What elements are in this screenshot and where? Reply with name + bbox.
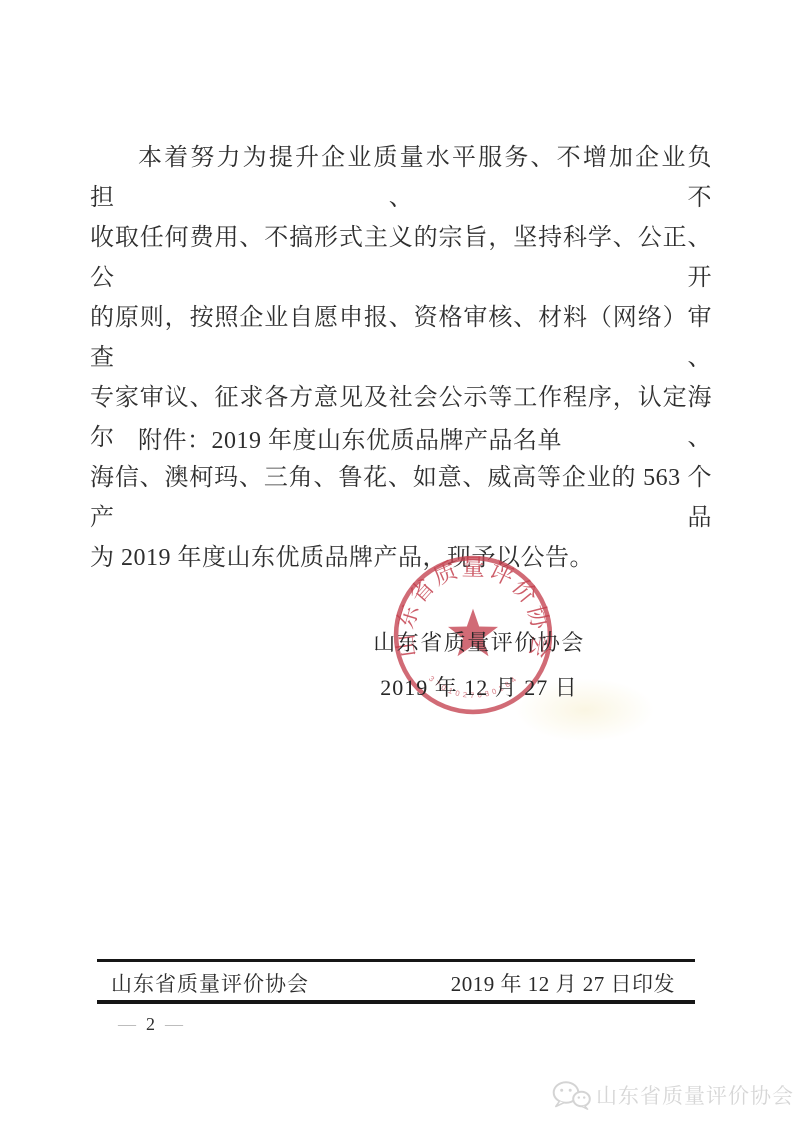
- page-number: —2—: [118, 1014, 184, 1035]
- paragraph-line: 海信、澳柯玛、三角、鲁花、如意、威高等企业的 563 个产品: [90, 458, 712, 538]
- footer-row: 山东省质量评价协会 2019 年 12 月 27 日印发: [97, 968, 695, 998]
- signature-block: 山东省质量评价协会 2019 年 12 月 27 日: [336, 626, 622, 702]
- page-number-dash: —: [118, 1014, 137, 1034]
- page-number-dash: —: [165, 1014, 184, 1034]
- page-number-value: 2: [146, 1014, 156, 1034]
- signature-date: 2019 年 12 月 27 日: [336, 671, 622, 702]
- footer-issuer: 山东省质量评价协会: [97, 968, 309, 998]
- document-page: 本着努力为提升企业质量水平服务、不增加企业负担、不 收取任何费用、不搞形式主义的…: [0, 0, 800, 1130]
- watermark-text: 山东省质量评价协会: [596, 1080, 794, 1110]
- paragraph-line: 收取任何费用、不搞形式主义的宗旨，坚持科学、公正、公开: [90, 218, 712, 298]
- wechat-watermark: 山东省质量评价协会: [551, 1080, 794, 1110]
- signature-org-name: 山东省质量评价协会: [336, 626, 622, 657]
- paragraph-line: 的原则，按照企业自愿申报、资格审核、材料（网络）审查、: [90, 298, 712, 378]
- attachment-line: 附件：2019 年度山东优质品牌产品名单: [138, 420, 562, 455]
- footer-rule-top: [97, 959, 695, 962]
- paragraph-line: 本着努力为提升企业质量水平服务、不增加企业负担、不: [90, 138, 712, 218]
- footer-print-date: 2019 年 12 月 27 日印发: [451, 968, 695, 998]
- footer-rule-bottom: [97, 1000, 695, 1004]
- main-paragraph: 本着努力为提升企业质量水平服务、不增加企业负担、不 收取任何费用、不搞形式主义的…: [90, 138, 712, 578]
- wechat-icon: [551, 1080, 591, 1110]
